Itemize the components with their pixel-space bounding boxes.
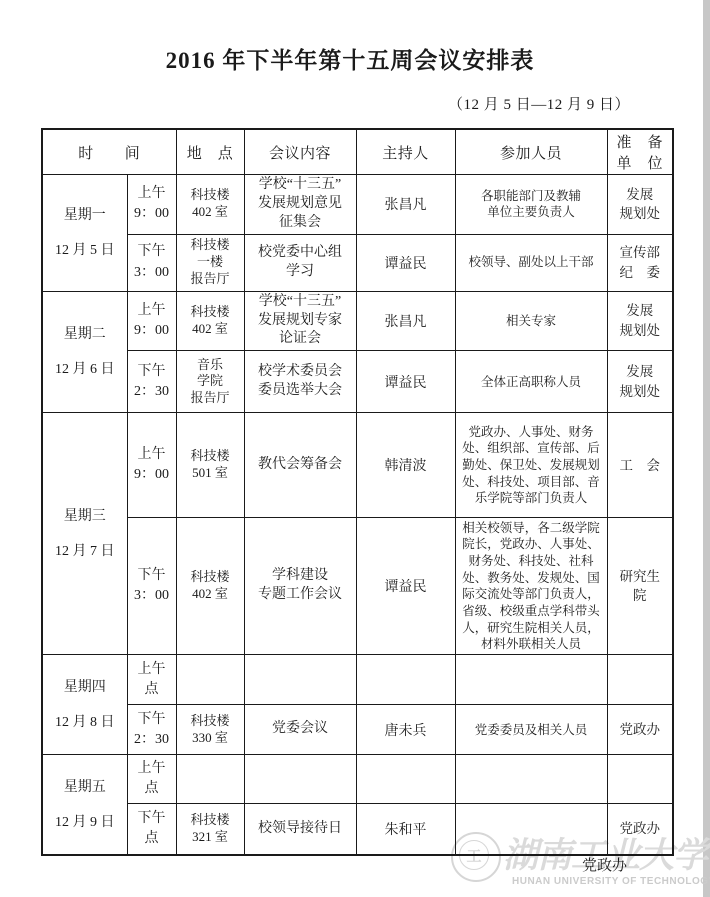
- cell-meeting-content: 学校“十三五” 发展规划意见 征集会: [244, 175, 356, 235]
- cell-meeting-content: 校党委中心组 学习: [244, 234, 356, 291]
- header-location: 地 点: [176, 129, 244, 175]
- cell-participants: [455, 804, 607, 855]
- document-page: 2016 年下半年第十五周会议安排表 （12 月 5 日—12 月 9 日） 时…: [0, 0, 710, 897]
- date-range-subtitle: （12 月 5 日—12 月 9 日）: [448, 93, 630, 114]
- cell-day: 星期一 12 月 5 日: [42, 175, 127, 292]
- cell-participants: [455, 755, 607, 804]
- cell-participants: 党政办、人事处、财务处、组织部、宣传部、后勤处、保卫处、发展规划处、科技处、项目…: [455, 413, 607, 518]
- cell-time: 上午 9：00: [127, 291, 176, 351]
- table-row: 星期二 12 月 6 日 上午 9：00 科技楼 402 室 学校“十三五” 发…: [42, 291, 673, 351]
- cell-time: 下午 2：30: [127, 351, 176, 413]
- page-edge-strip: [703, 0, 710, 897]
- cell-time: 下午 2：30: [127, 705, 176, 755]
- cell-host: 谭益民: [356, 518, 455, 655]
- cell-location: 科技楼 一楼 报告厅: [176, 234, 244, 291]
- cell-time: 下午 3：00: [127, 518, 176, 655]
- cell-participants: [455, 655, 607, 705]
- cell-location: 科技楼 330 室: [176, 705, 244, 755]
- cell-prep-unit: [607, 655, 673, 705]
- cell-meeting-content: 学校“十三五” 发展规划专家 论证会: [244, 291, 356, 351]
- cell-prep-unit: 发展 规划处: [607, 291, 673, 351]
- cell-host: 朱和平: [356, 804, 455, 855]
- cell-day: 星期四 12 月 8 日: [42, 655, 127, 755]
- cell-prep-unit: 研究生 院: [607, 518, 673, 655]
- header-time: 时 间: [42, 129, 176, 175]
- cell-host: 唐未兵: [356, 705, 455, 755]
- table-row: 星期四 12 月 8 日 上午 点: [42, 655, 673, 705]
- header-content: 会议内容: [244, 129, 356, 175]
- cell-time: 上午 9：00: [127, 413, 176, 518]
- cell-meeting-content: [244, 755, 356, 804]
- table-row: 下午 2：30 科技楼 330 室 党委会议 唐未兵 党委委员及相关人员 党政办: [42, 705, 673, 755]
- footer-prep-unit-label: 党政办: [582, 854, 627, 875]
- cell-prep-unit: 党政办: [607, 804, 673, 855]
- cell-location: [176, 755, 244, 804]
- page-title: 2016 年下半年第十五周会议安排表: [0, 42, 700, 75]
- cell-host: 谭益民: [356, 351, 455, 413]
- cell-prep-unit: 宣传部 纪 委: [607, 234, 673, 291]
- cell-time: 下午 3：00: [127, 234, 176, 291]
- cell-location: 音乐 学院 报告厅: [176, 351, 244, 413]
- cell-day: 星期三 12 月 7 日: [42, 413, 127, 655]
- cell-participants: 全体正高职称人员: [455, 351, 607, 413]
- cell-meeting-content: 校学术委员会 委员选举大会: [244, 351, 356, 413]
- cell-day: 星期二 12 月 6 日: [42, 291, 127, 413]
- cell-time: 上午 点: [127, 755, 176, 804]
- cell-time: 下午 点: [127, 804, 176, 855]
- cell-participants: 相关专家: [455, 291, 607, 351]
- cell-location: 科技楼 402 室: [176, 175, 244, 235]
- table-row: 星期五 12 月 9 日 上午 点: [42, 755, 673, 804]
- cell-meeting-content: 校领导接待日: [244, 804, 356, 855]
- cell-host: 韩清波: [356, 413, 455, 518]
- cell-meeting-content: 党委会议: [244, 705, 356, 755]
- table-row: 下午 点 科技楼 321 室 校领导接待日 朱和平 党政办: [42, 804, 673, 855]
- cell-host: [356, 755, 455, 804]
- cell-host: 张昌凡: [356, 291, 455, 351]
- cell-participants: 党委委员及相关人员: [455, 705, 607, 755]
- header-host: 主持人: [356, 129, 455, 175]
- header-participants: 参加人员: [455, 129, 607, 175]
- cell-meeting-content: 学科建设 专题工作会议: [244, 518, 356, 655]
- cell-location: 科技楼 501 室: [176, 413, 244, 518]
- cell-time: 上午 9：00: [127, 175, 176, 235]
- watermark-university-name-en: HUNAN UNIVERSITY OF TECHNOLOGY: [512, 876, 710, 887]
- cell-meeting-content: [244, 655, 356, 705]
- cell-day: 星期五 12 月 9 日: [42, 755, 127, 855]
- cell-host: 谭益民: [356, 234, 455, 291]
- schedule-table: 时 间 地 点 会议内容 主持人 参加人员 准 备 单 位 星期一 12 月 5…: [41, 128, 674, 856]
- cell-prep-unit: [607, 755, 673, 804]
- cell-host: [356, 655, 455, 705]
- cell-location: 科技楼 402 室: [176, 518, 244, 655]
- table-row: 下午 3：00 科技楼 402 室 学科建设 专题工作会议 谭益民 相关校领导，…: [42, 518, 673, 655]
- cell-location: [176, 655, 244, 705]
- table-row: 下午 2：30 音乐 学院 报告厅 校学术委员会 委员选举大会 谭益民 全体正高…: [42, 351, 673, 413]
- cell-prep-unit: 工 会: [607, 413, 673, 518]
- cell-participants: 校领导、副处以上干部: [455, 234, 607, 291]
- table-header-row: 时 间 地 点 会议内容 主持人 参加人员 准 备 单 位: [42, 129, 673, 175]
- cell-location: 科技楼 402 室: [176, 291, 244, 351]
- cell-meeting-content: 教代会筹备会: [244, 413, 356, 518]
- cell-participants: 相关校领导，各二级学院院长，党政办、人事处、财务处、科技处、社科处、教务处、发规…: [455, 518, 607, 655]
- table-row: 星期一 12 月 5 日 上午 9：00 科技楼 402 室 学校“十三五” 发…: [42, 175, 673, 235]
- cell-prep-unit: 发展 规划处: [607, 175, 673, 235]
- table-row: 星期三 12 月 7 日 上午 9：00 科技楼 501 室 教代会筹备会 韩清…: [42, 413, 673, 518]
- cell-participants: 各职能部门及教辅 单位主要负责人: [455, 175, 607, 235]
- cell-prep-unit: 发展 规划处: [607, 351, 673, 413]
- table-row: 下午 3：00 科技楼 一楼 报告厅 校党委中心组 学习 谭益民 校领导、副处以…: [42, 234, 673, 291]
- header-prep-unit: 准 备 单 位: [607, 129, 673, 175]
- cell-prep-unit: 党政办: [607, 705, 673, 755]
- cell-time: 上午 点: [127, 655, 176, 705]
- cell-location: 科技楼 321 室: [176, 804, 244, 855]
- cell-host: 张昌凡: [356, 175, 455, 235]
